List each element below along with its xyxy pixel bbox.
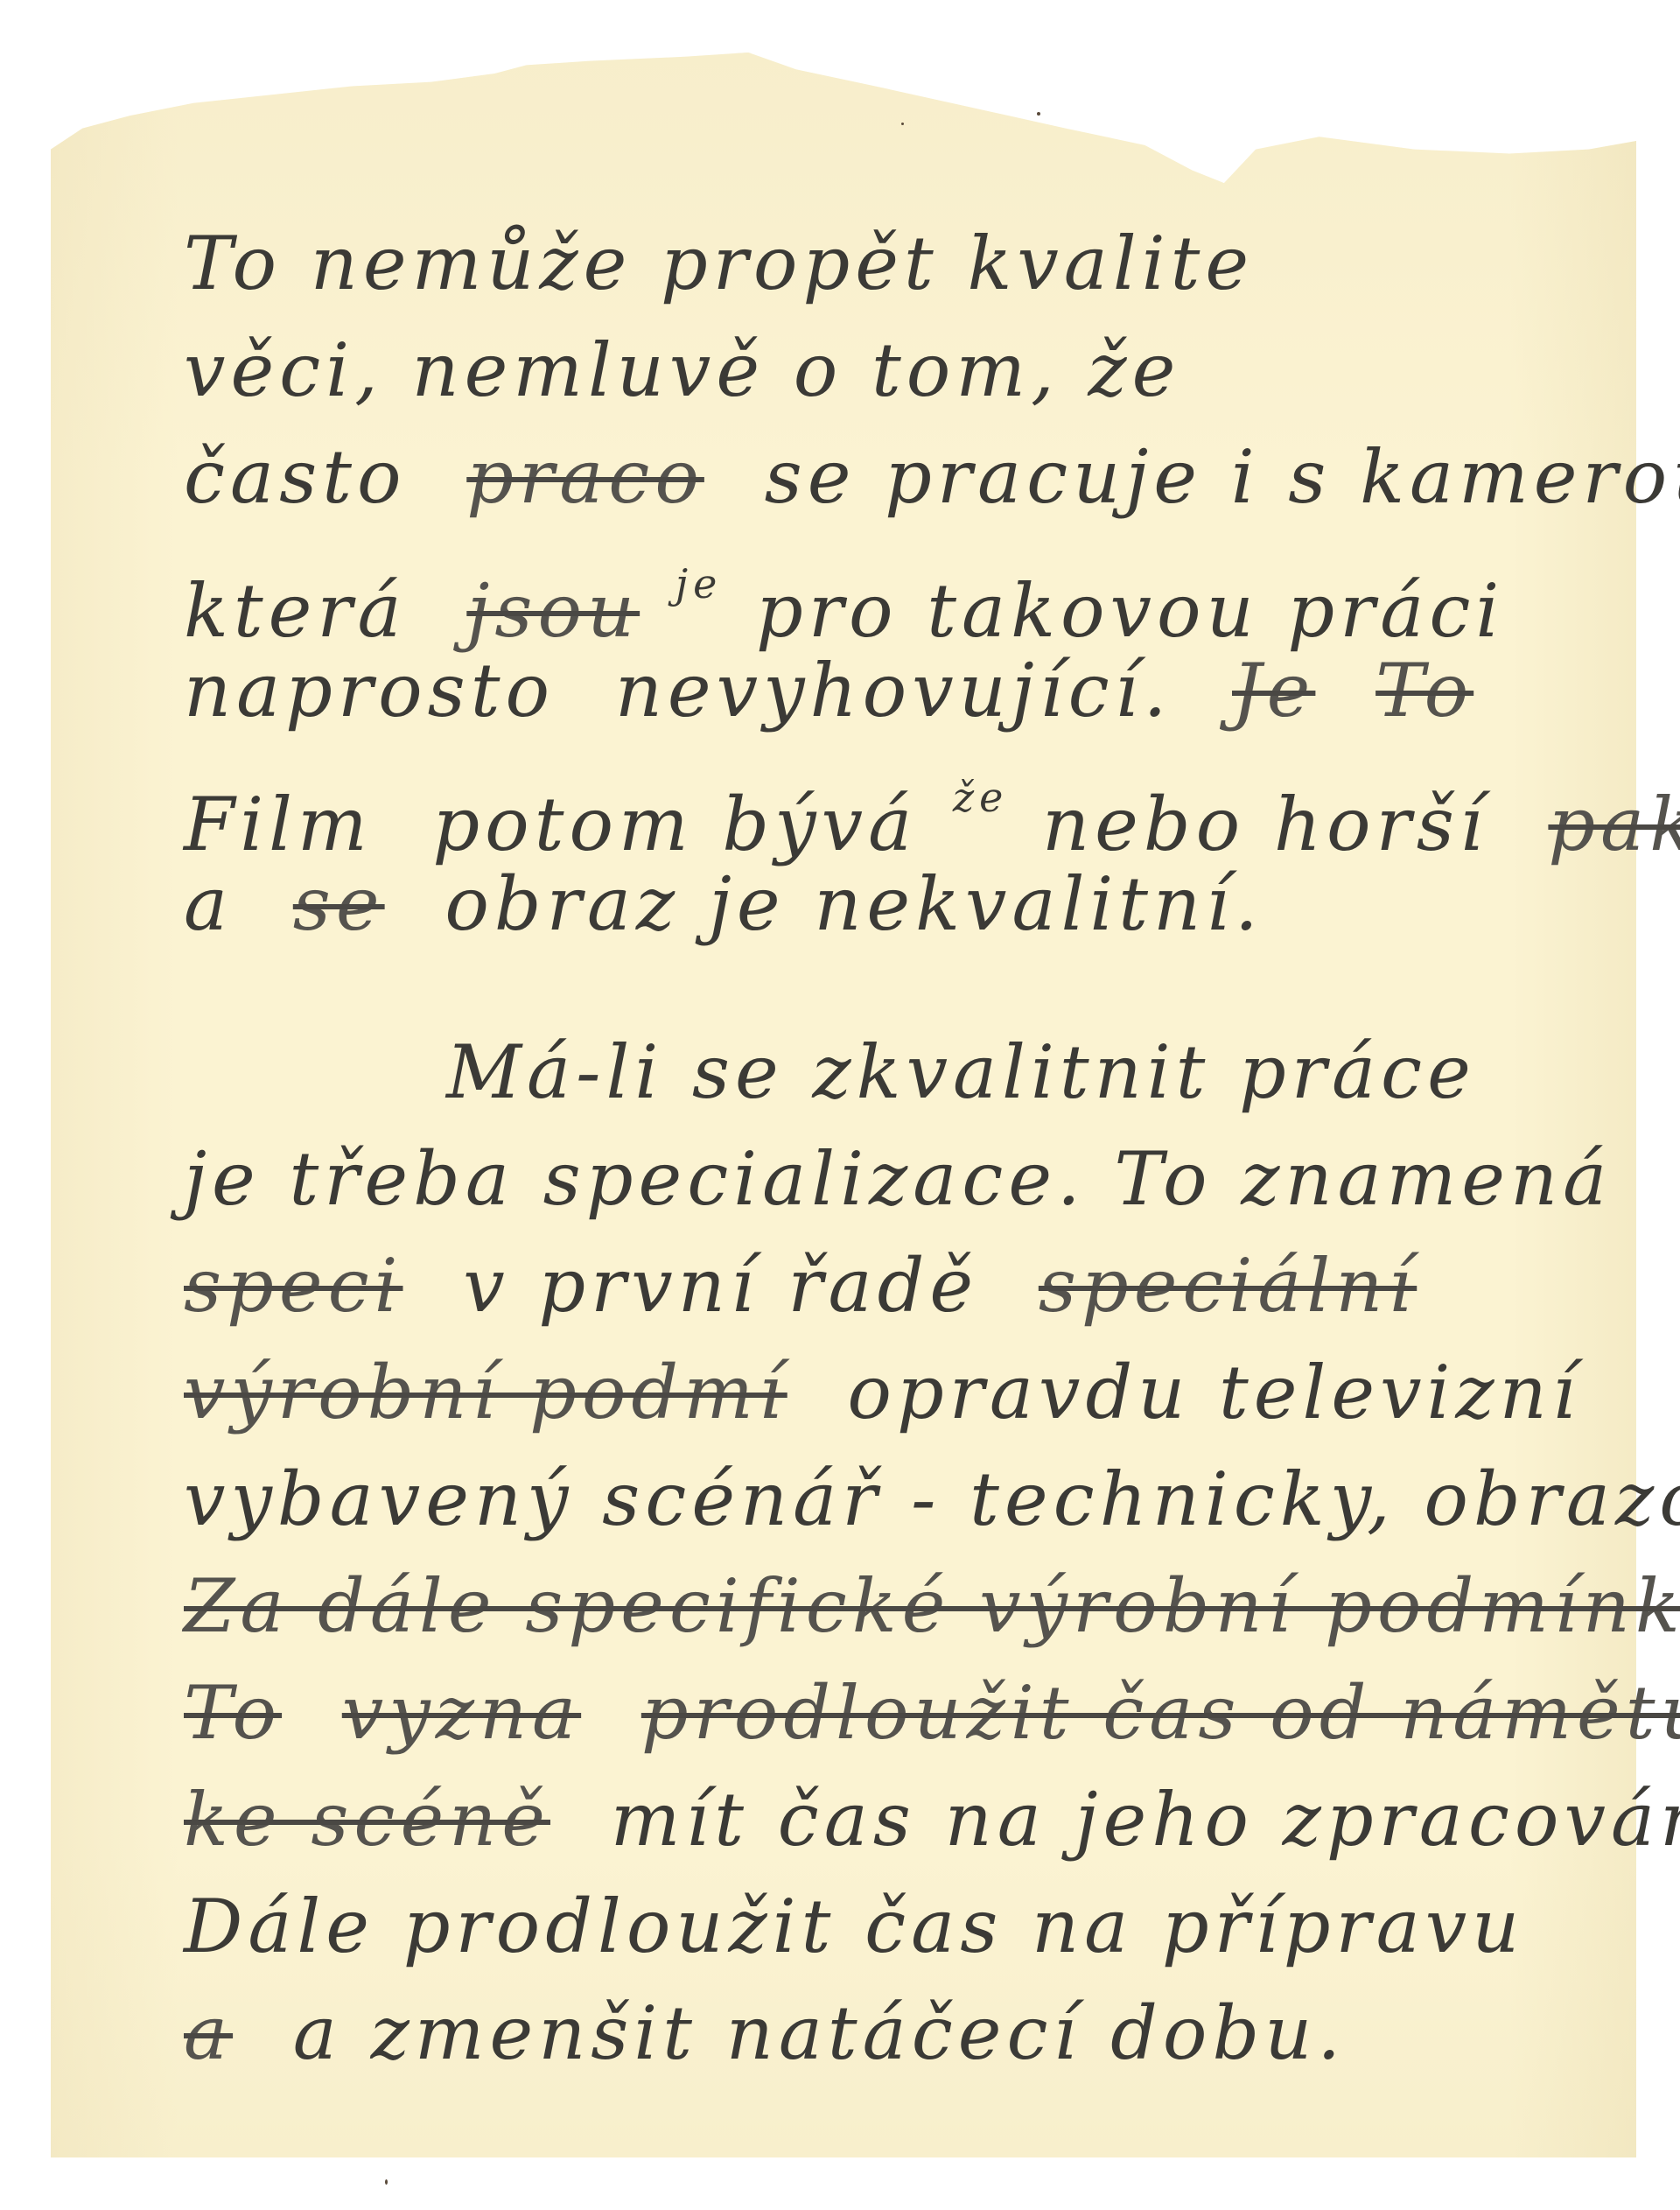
struck-text-segment: výrobní podmí	[184, 1350, 787, 1435]
manuscript-line-7: a se obraz je nekvalitní.	[184, 851, 1619, 958]
manuscript-line-8-paragraph-start: Má-li se zkvalitnit práce	[184, 1019, 1619, 1126]
struck-text-segment: praco	[466, 434, 704, 520]
struck-text-segment: speciální	[1039, 1243, 1417, 1329]
manuscript-line-15: ke scéně mít čas na jeho zpracování.	[184, 1766, 1619, 1873]
struck-text-segment: speci	[184, 1243, 403, 1329]
text-segment: a zmenšit natáčecí dobu.	[293, 1990, 1346, 2076]
manuscript-line-9: je třeba specializace. To znamená	[184, 1126, 1619, 1232]
manuscript-line-10: speci v první řadě speciální	[184, 1232, 1619, 1339]
text-segment: vybavený scénář - technicky, obrazově.	[184, 1456, 1680, 1542]
struck-text-segment: To	[184, 1670, 282, 1756]
struck-text-segment: To	[1375, 648, 1473, 733]
manuscript-line-14: To vyzna prodloužit čas od námětu	[184, 1659, 1619, 1766]
text-segment: mít čas na jeho zpracování.	[611, 1777, 1680, 1863]
paper-speck	[385, 2179, 388, 2185]
text-segment: obraz je nekvalitní.	[444, 861, 1263, 947]
text-segment: v první řadě	[463, 1243, 978, 1329]
text-segment: je třeba specializace. To znamená	[184, 1136, 1612, 1222]
paper-speck	[1037, 112, 1040, 116]
manuscript-line-11: výrobní podmí opravdu televizní	[184, 1339, 1619, 1446]
manuscript-line-17: a a zmenšit natáčecí dobu.	[184, 1980, 1619, 2087]
text-segment: To nemůže propět kvalite	[184, 221, 1254, 306]
struck-text-segment: prodloužit čas od námětu	[641, 1670, 1680, 1756]
text-segment: a	[184, 861, 233, 947]
manuscript-line-16: Dále prodloužit čas na přípravu	[184, 1873, 1619, 1980]
manuscript-line-13: Za dále specifické výrobní podmínky.	[184, 1553, 1619, 1659]
struck-text-segment: Je	[1232, 648, 1315, 733]
text-segment: často	[184, 434, 407, 520]
struck-text-segment: Za dále specifické výrobní podmínky.	[184, 1563, 1680, 1649]
struck-text-segment: ke scéně	[184, 1777, 550, 1863]
manuscript-line-5: naprosto nevyhovující. Je To	[184, 637, 1619, 744]
paper-speck	[901, 123, 904, 125]
text-segment: naprosto	[184, 648, 555, 733]
handwritten-text-body: To nemůže propět kvalite věci, nemluvě o…	[184, 210, 1619, 2087]
inserted-correction: je	[675, 560, 723, 607]
text-segment: se pracuje i s kamerou	[765, 434, 1680, 520]
struck-text-segment: se	[293, 861, 385, 947]
manuscript-line-4: která jsou je pro takovou práci	[184, 530, 1619, 637]
inserted-correction: že	[953, 774, 1008, 821]
manuscript-line-1: To nemůže propět kvalite	[184, 210, 1619, 317]
manuscript-line-6: Film potom bývá že nebo horší pak	[184, 744, 1619, 851]
text-segment: opravdu televizní	[847, 1350, 1580, 1435]
manuscript-line-2: věci, nemluvě o tom, že	[184, 317, 1619, 424]
text-segment: Dále prodloužit čas na přípravu	[184, 1884, 1524, 1969]
manuscript-line-12: vybavený scénář - technicky, obrazově.	[184, 1446, 1619, 1553]
text-segment: nevyhovující.	[615, 648, 1172, 733]
text-segment: věci, nemluvě o tom, že	[184, 327, 1180, 413]
manuscript-line-3: často praco se pracuje i s kamerou	[184, 424, 1619, 530]
text-segment: Má-li se zkvalitnit práce	[446, 1029, 1476, 1115]
struck-text-segment: a	[184, 1990, 233, 2076]
struck-text-segment: vyzna	[342, 1670, 581, 1756]
